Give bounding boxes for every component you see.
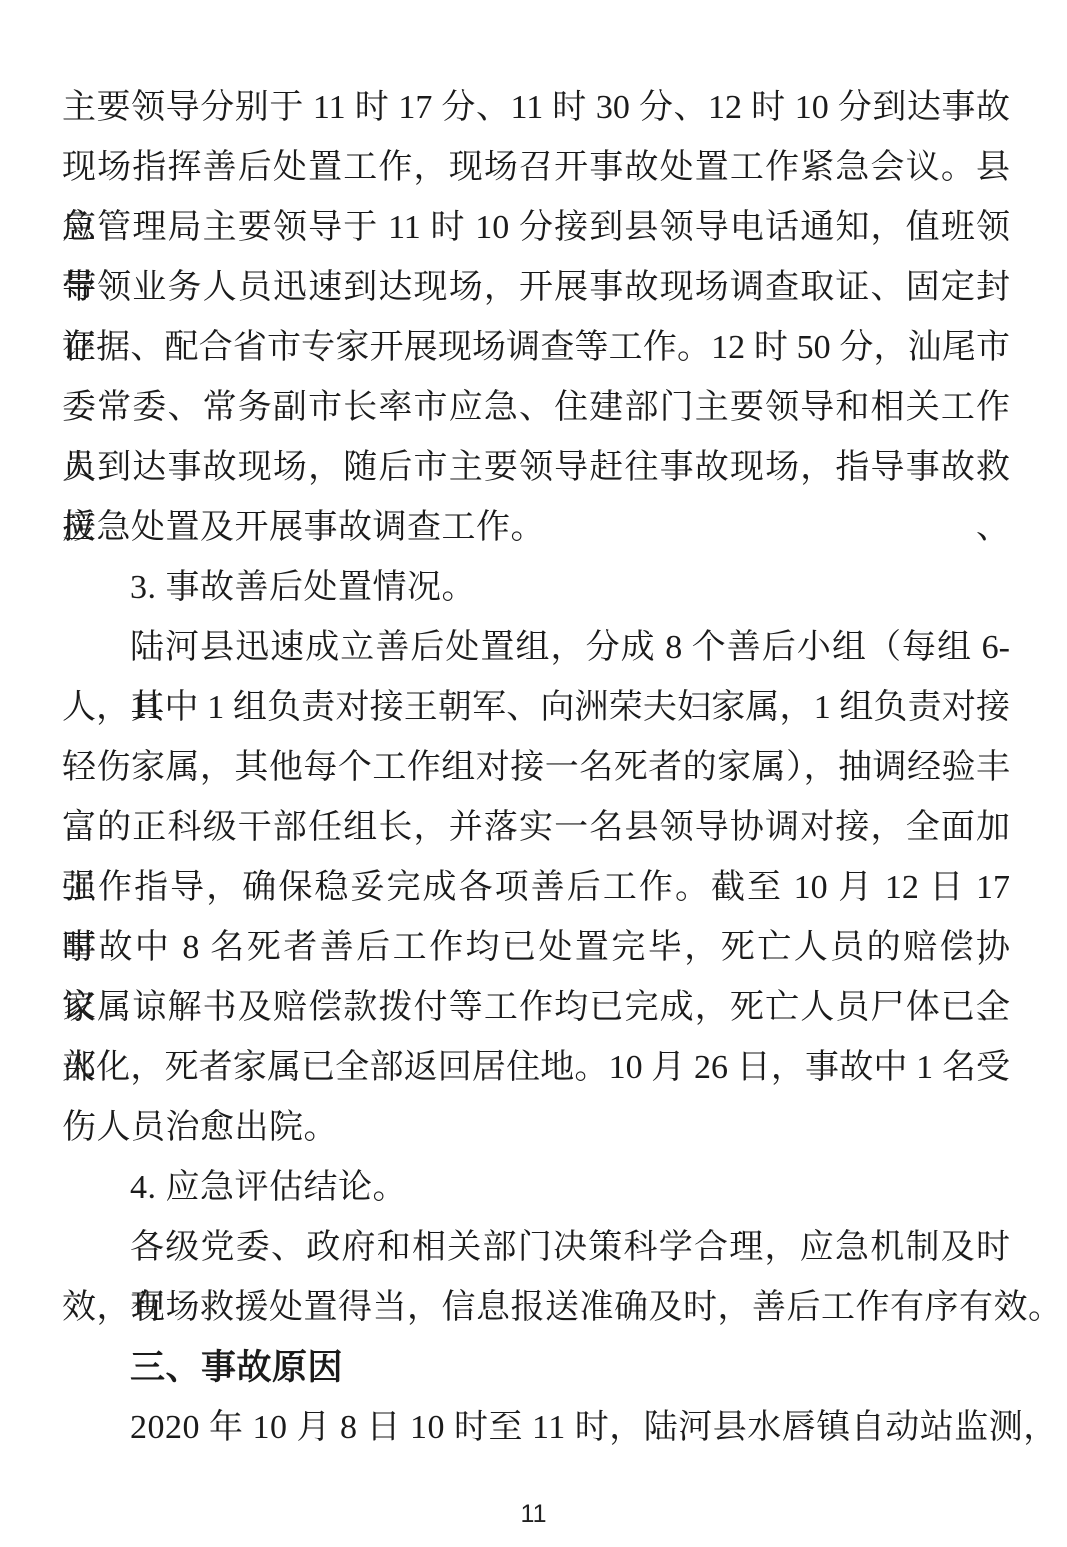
text-line: 事故中 8 名死者善后工作均已处置完毕，死亡人员的赔偿协议、 [62,918,1010,978]
text-line: 陆河县迅速成立善后处置组，分成 8 个善后小组（每组 6-11 [62,618,1010,678]
text-line: 急管理局主要领导于 11 时 10 分接到县领导电话通知，值班领导 [62,198,1010,258]
text-line: 家属谅解书及赔偿款拨付等工作均已完成，死亡人员尸体已全部 [62,978,1010,1038]
text-line: 现场指挥善后处置工作，现场召开事故处置工作紧急会议。县应 [62,138,1010,198]
text-line: 2020 年 10 月 8 日 10 时至 11 时，陆河县水唇镇自动站监测， [62,1398,1010,1458]
text-line: 工作指导，确保稳妥完成各项善后工作。截至 10 月 12 日 17 时， [62,858,1010,918]
document-page: 主要领导分别于 11 时 17 分、11 时 30 分、12 时 10 分到达事… [0,0,1067,1547]
text-line: 轻伤家属，其他每个工作组对接一名死者的家属），抽调经验丰 [62,738,1010,798]
text-line: 员到达事故现场，随后市主要领导赶往事故现场，指导事故救援、 [62,438,1010,498]
text-line: 富的正科级干部任组长，并落实一名县领导协调对接，全面加强 [62,798,1010,858]
document-text-block: 主要领导分别于 11 时 17 分、11 时 30 分、12 时 10 分到达事… [62,78,1010,1458]
text-line: 主要领导分别于 11 时 17 分、11 时 30 分、12 时 10 分到达事… [62,78,1010,138]
text-line: 伤人员治愈出院。 [62,1098,1010,1158]
text-line: 人，其中 1 组负责对接王朝军、向洲荣夫妇家属，1 组负责对接 [62,678,1010,738]
text-line: 3. 事故善后处置情况。 [62,558,1010,618]
text-line: 证据、配合省市专家开展现场调查等工作。12 时 50 分，汕尾市 [62,318,1010,378]
text-line: 4. 应急评估结论。 [62,1158,1010,1218]
text-line: 委常委、常务副市长率市应急、住建部门主要领导和相关工作人 [62,378,1010,438]
text-line: 带领业务人员迅速到达现场，开展事故现场调查取证、固定封存 [62,258,1010,318]
text-line: 效，现场救援处置得当，信息报送准确及时，善后工作有序有效。 [62,1278,1010,1338]
text-line: 火化，死者家属已全部返回居住地。10 月 26 日，事故中 1 名受 [62,1038,1010,1098]
section-heading: 三、事故原因 [62,1338,1010,1398]
page-number: 11 [0,1500,1067,1529]
text-line: 各级党委、政府和相关部门决策科学合理，应急机制及时有 [62,1218,1010,1278]
